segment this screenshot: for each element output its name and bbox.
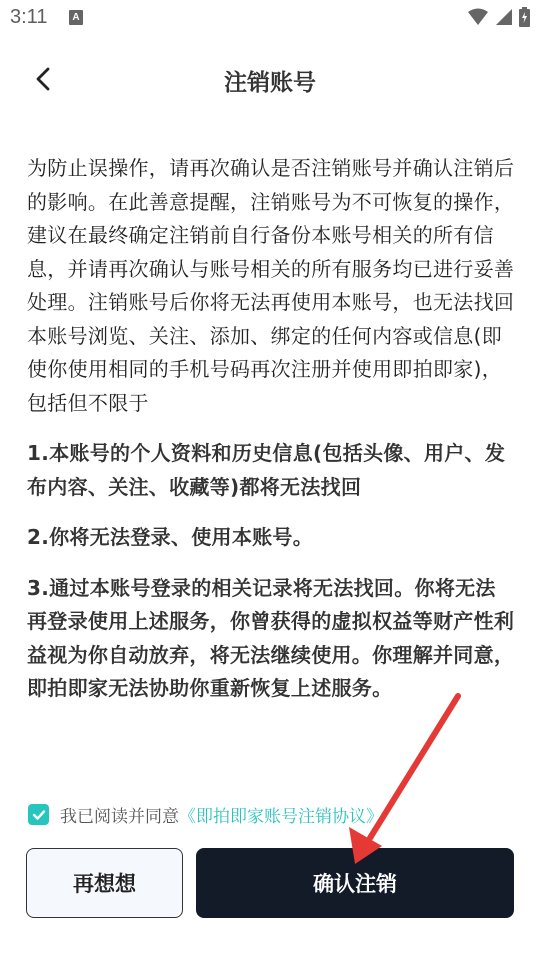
status-icons [467,7,530,27]
consequence-item-3: 3.通过本账号登录的相关记录将无法找回。你将无法再登录使用上述服务，你曾获得的虚… [27,572,515,706]
keyboard-notification-icon: A [69,10,83,25]
notice-content: 为防止误操作，请再次确认是否注销账号并确认注销后的影响。在此善意提醒，注销账号为… [27,152,515,706]
status-time: 3:11 [10,6,47,29]
signal-icon [495,8,513,26]
agreement-row: 我已阅读并同意 《即拍即家账号注销协议》 [28,802,383,827]
checkmark-icon [32,809,46,821]
consequence-item-1: 1.本账号的个人资料和历史信息(包括头像、用户、发布内容、关注、收藏等)都将无法… [27,437,515,504]
agreement-link[interactable]: 《即拍即家账号注销协议》 [179,802,383,827]
wifi-icon [467,8,489,26]
confirm-deactivate-button[interactable]: 确认注销 [196,848,514,918]
consequence-item-2: 2.你将无法登录、使用本账号。 [27,521,515,555]
status-bar: 3:11 A [0,0,540,38]
agreement-checkbox[interactable] [28,804,49,825]
agreement-text: 我已阅读并同意 [60,802,179,827]
intro-paragraph: 为防止误操作，请再次确认是否注销账号并确认注销后的影响。在此善意提醒，注销账号为… [27,152,515,420]
reconsider-button[interactable]: 再想想 [26,848,183,918]
page-title: 注销账号 [0,64,540,97]
battery-charging-icon [519,7,530,27]
nav-bar: 注销账号 [0,50,540,110]
